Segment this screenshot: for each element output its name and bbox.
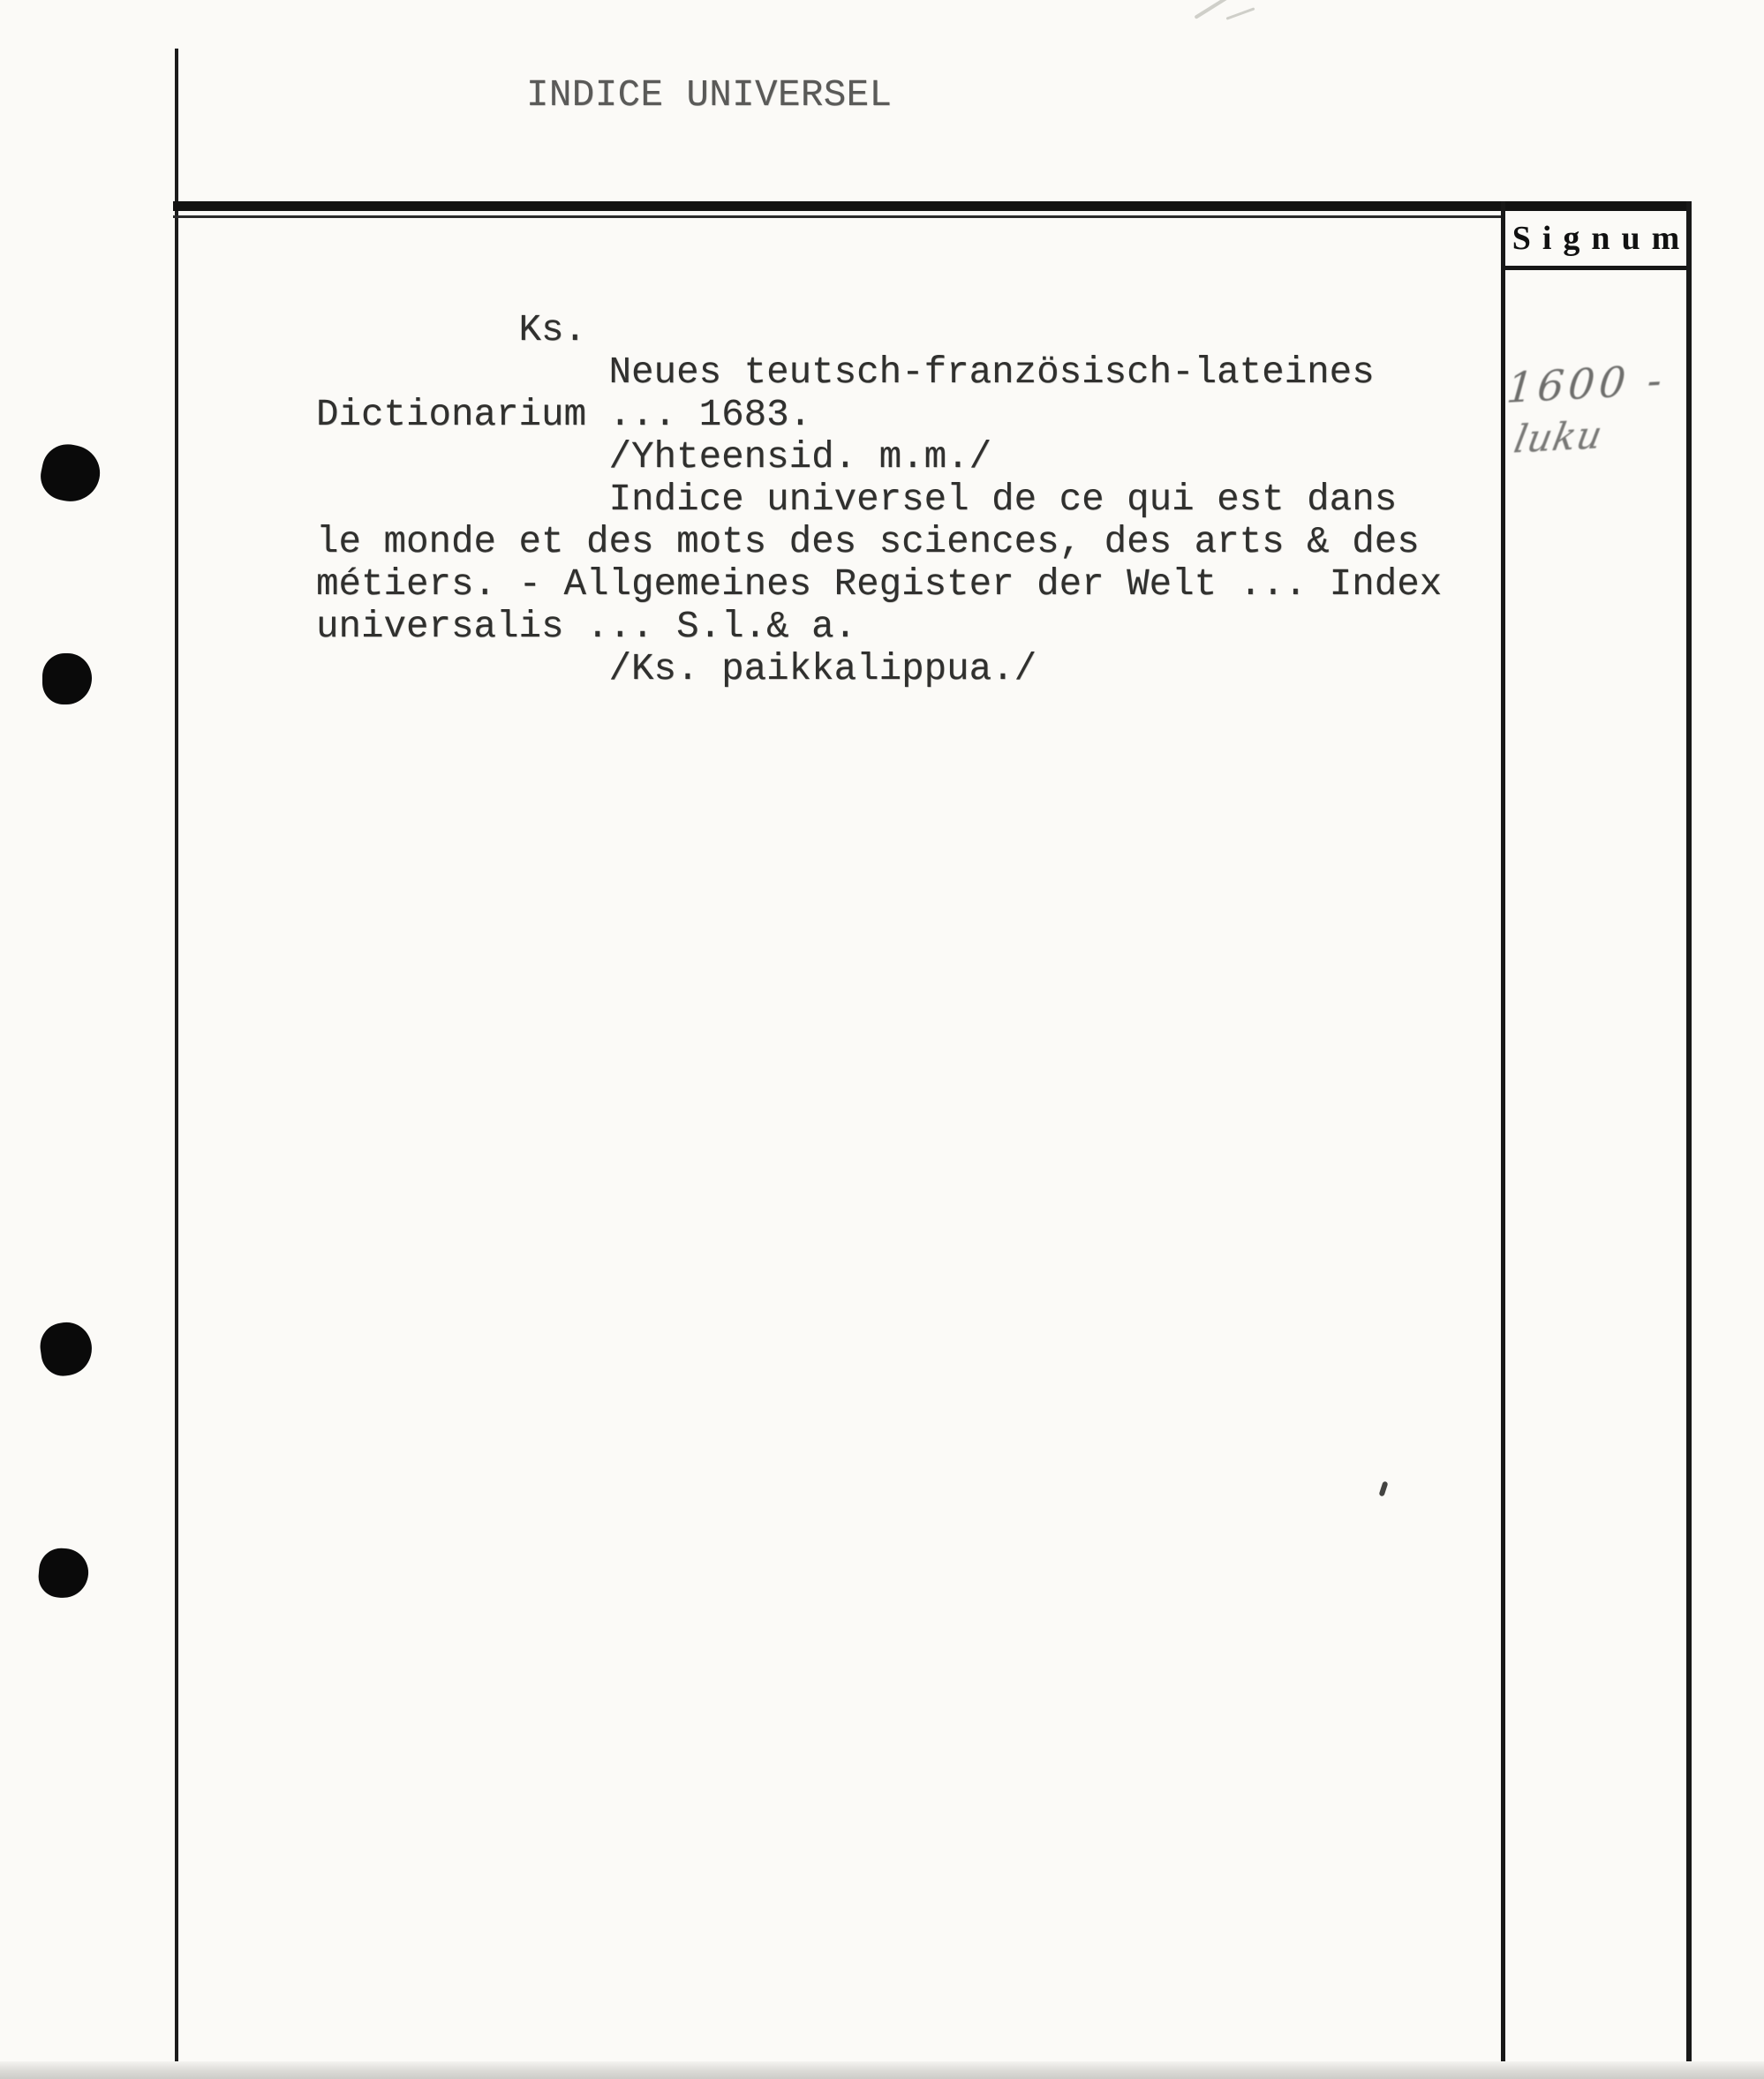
left-margin-rule [175, 49, 178, 2079]
page-title: INDICE UNIVERSEL [526, 74, 892, 117]
signum-handwritten-word: luku [1511, 410, 1673, 463]
punch-hole [42, 653, 92, 704]
signum-handwritten-year: 1600 - [1504, 356, 1668, 413]
punch-hole [36, 440, 105, 507]
signum-column-right-border [1686, 201, 1692, 2079]
scan-bottom-edge [0, 2061, 1764, 2079]
signum-column-left-border [1501, 201, 1505, 2079]
punch-hole [37, 1319, 95, 1378]
signum-column-label: Signum [1501, 219, 1692, 258]
signum-header-cell: Signum [1505, 211, 1686, 270]
header-divider-thin-rule [173, 215, 1503, 218]
signum-handwriting: 1600 - luku [1505, 356, 1670, 462]
stray-pencil-mark [1379, 1480, 1389, 1496]
scan-smudge [1183, 0, 1263, 35]
header-divider-thick-rule [173, 201, 1692, 211]
catalog-entry-text: Ks. Neues teutsch-französisch-lateines D… [316, 309, 1442, 690]
punch-hole [37, 1547, 91, 1601]
catalog-card-page: INDICE UNIVERSEL Signum Ks. Neues teutsc… [0, 0, 1764, 2079]
